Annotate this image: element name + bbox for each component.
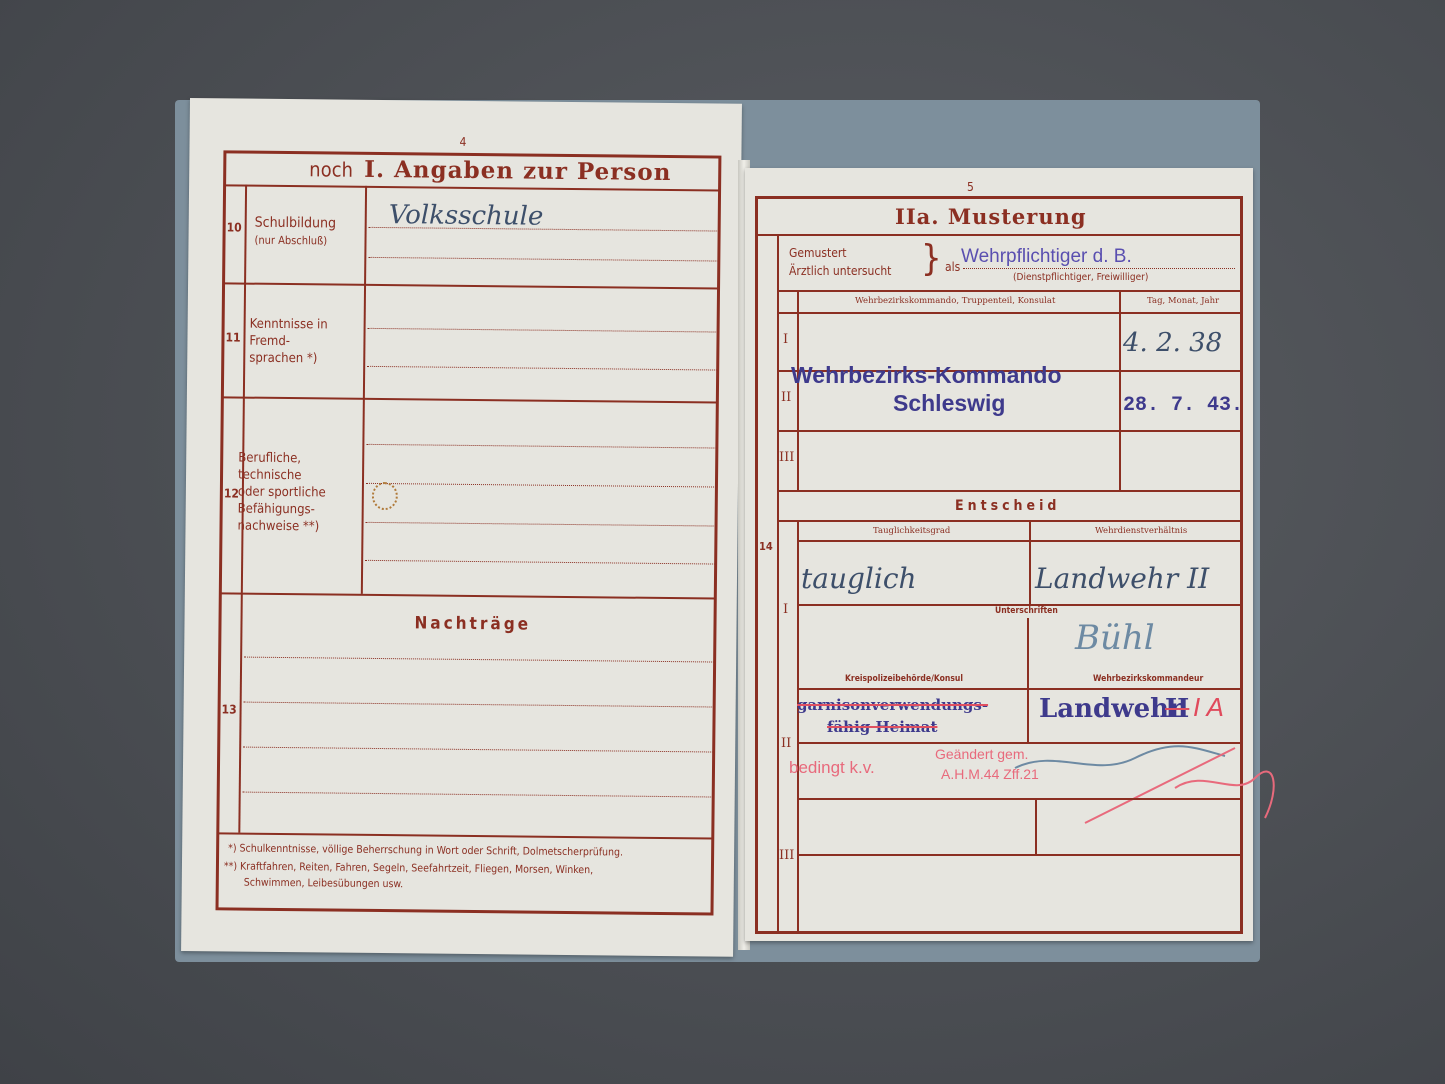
left-page: 4 noch I. Angaben zur Person 10 Schulbil… [181,98,742,957]
field-label: Ärztlich untersucht [789,264,891,278]
divider [777,290,1241,292]
page-number: 5 [967,180,974,194]
signature: Bühl [1075,618,1155,658]
row-label: sprachen *) [249,351,317,367]
handwritten-relation: Landwehr II [1035,562,1209,595]
divider [777,520,1241,522]
struck-relation: II [1165,694,1189,724]
relation-correction: I A [1193,692,1224,723]
row-roman: II [781,390,791,405]
status-stamp: Wehrpflichtiger d. B. [961,246,1132,268]
row-label: Fremd- [249,334,290,349]
row-roman: I [783,332,788,347]
row-label: Befähigungs- [238,502,315,518]
row-label: Berufliche, [238,451,301,467]
row-label: Schulbildung [255,215,337,232]
divider [777,312,1241,314]
title-prefix: noch [309,157,353,181]
office-stamp-line2: Schleswig [893,390,1005,417]
handwritten-grade: tauglich [801,562,917,595]
field-hint: (Dienstpflichtiger, Freiwilliger) [1013,272,1148,283]
signature-label: Wehrbezirkskommandeur [1093,674,1203,684]
divider [797,520,799,932]
row-label: nachweise **) [237,519,319,535]
row-number: 10 [227,220,242,234]
als-label: als [945,260,960,274]
column-header: Wehrdienstverhältnis [1095,526,1187,536]
row-roman: I [783,602,788,617]
column-header: Tag, Monat, Jahr [1147,296,1219,306]
column-header: Tauglichkeitsgrad [873,526,950,536]
row-number: 13 [222,702,237,716]
new-grade-stamp: bedingt k.v. [789,758,875,778]
right-page: 5 IIa. Musterung Gemustert Ärztlich unte… [745,168,1253,941]
dotted-line [963,268,1235,269]
section-heading: Entscheid [955,498,1060,514]
section-heading: Nachträge [414,613,531,634]
row-label: oder sportliche [238,485,326,501]
divider [797,798,1241,800]
divider [1035,798,1037,854]
stain-mark [372,482,398,510]
divider [1029,520,1031,604]
row-number: 14 [759,540,773,553]
divider [797,540,1241,542]
row-label: Kenntnisse in [250,317,328,333]
row-roman: III [779,450,794,465]
row-roman: III [779,848,794,863]
signature-scribbles [995,728,1285,838]
column-header: Wehrbezirkskommando, Truppenteil, Konsul… [855,296,1055,306]
office-stamp-line1: Wehrbezirks-Kommando [791,362,1062,389]
divider [1027,618,1029,688]
page-title: I. Angaben zur Person [364,156,671,186]
row-label: technische [238,468,302,484]
page-number: 4 [459,135,466,149]
relation-stamp: Landwehr [1039,694,1183,724]
row-label: (nur Abschluß) [254,234,327,248]
divider [797,854,1241,856]
page-title: IIa. Musterung [895,204,1087,229]
divider [797,688,1241,690]
handwritten-date: 4. 2. 38 [1123,328,1222,358]
divider [777,490,1241,492]
struck-grade-line2: fähig Heimat [827,718,937,736]
row-number: 11 [225,330,240,344]
divider [777,234,779,932]
brace: } [921,238,942,279]
field-label: Gemustert [789,246,847,260]
struck-grade-line1: garnisonverwendungs- [797,696,988,714]
footnote: Schwimmen, Leibesübungen usw. [244,877,404,891]
signatures-label: Unterschriften [995,606,1058,616]
signature-label: Kreispolizeibehörde/Konsul [845,674,963,684]
row-roman: II [781,736,791,751]
row-number: 12 [224,486,239,500]
divider [1119,290,1121,490]
divider [757,234,1241,236]
divider [777,430,1241,432]
divider [797,290,799,490]
stamped-date: 28. 7. 43. [1123,394,1243,417]
